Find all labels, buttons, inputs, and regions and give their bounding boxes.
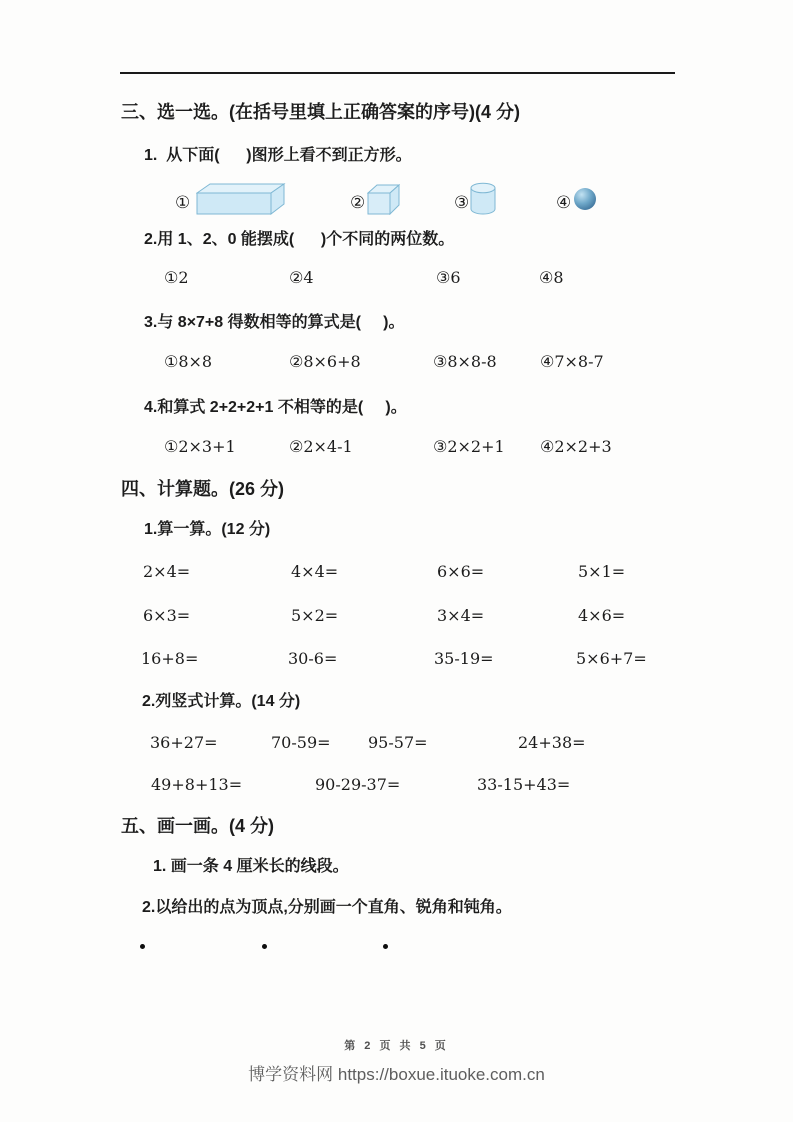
section3-heading: 三、选一选。(在括号里填上正确答案的序号)(4 分) [121,101,520,124]
vertical-calc-expression: 33-15+43= [477,775,570,795]
calc-expression: 3×4= [437,606,484,626]
s3-q4-option-4: ④2×2+3 [540,437,612,457]
s3-q2-option-4: ④8 [539,268,564,288]
sphere-icon [573,187,597,211]
cylinder-icon [470,182,496,216]
calc-expression: 16+8= [141,649,198,669]
calc-expression: 5×6+7= [576,649,647,669]
calc-expression: 4×6= [578,606,625,626]
calc-expression: 6×3= [143,606,190,626]
calc-expression: 4×4= [291,562,338,582]
cube-icon [367,184,400,215]
s5-q1-text: 1. 画一条 4 厘米长的线段。 [153,857,349,877]
s3-q4-option-3: ③2×2+1 [433,437,505,457]
vertical-calc-expression: 90-29-37= [315,775,400,795]
s4-sub1-title: 1.算一算。(12 分) [144,520,270,540]
shape1-circled-number: ① [175,193,190,214]
footer-site-text: 博学资料网 https://boxue.ituoke.com.cn [0,1064,793,1085]
cuboid-icon [196,183,286,216]
calc-expression: 6×6= [437,562,484,582]
s3-q1-text: 1. 从下面( )图形上看不到正方形。 [144,146,412,166]
vertical-calc-expression: 24+38= [518,733,586,753]
vertex-point-3 [383,944,388,949]
calc-expression: 2×4= [143,562,190,582]
shape2-circled-number: ② [350,193,365,214]
exam-page: 三、选一选。(在括号里填上正确答案的序号)(4 分) 1. 从下面( )图形上看… [0,0,793,1122]
page-indicator: 第 2 页 共 5 页 [0,1040,793,1054]
s3-q3-text: 3.与 8×7+8 得数相等的算式是( )。 [144,313,405,333]
s3-q2-text: 2.用 1、2、0 能摆成( )个不同的两位数。 [144,230,454,250]
s3-q2-option-1: ①2 [164,268,189,288]
calc-expression: 5×1= [578,562,625,582]
section4-heading: 四、计算题。(26 分) [121,478,284,501]
vertical-calc-expression: 95-57= [368,733,428,753]
vertical-calc-expression: 70-59= [271,733,331,753]
s3-q2-option-3: ③6 [436,268,461,288]
s3-q4-option-2: ②2×4-1 [289,437,353,457]
vertex-point-1 [140,944,145,949]
s3-q2-option-2: ②4 [289,268,314,288]
shape4-circled-number: ④ [556,193,571,214]
s4-sub2-title: 2.列竖式计算。(14 分) [142,692,300,712]
s3-q4-text: 4.和算式 2+2+2+1 不相等的是( )。 [144,398,407,418]
vertical-calc-expression: 49+8+13= [151,775,242,795]
s3-q3-option-3: ③8×8-8 [433,352,497,372]
s3-q3-option-4: ④7×8-7 [540,352,604,372]
vertex-point-2 [262,944,267,949]
calc-expression: 5×2= [291,606,338,626]
top-rule [120,72,675,74]
vertical-calc-expression: 36+27= [150,733,218,753]
s5-q2-text: 2.以给出的点为顶点,分别画一个直角、锐角和钝角。 [142,898,512,918]
s3-q4-option-1: ①2×3+1 [164,437,236,457]
s3-q3-option-2: ②8×6+8 [289,352,361,372]
shape3-circled-number: ③ [454,193,469,214]
section5-heading: 五、画一画。(4 分) [121,815,274,838]
calc-expression: 30-6= [288,649,337,669]
calc-expression: 35-19= [434,649,494,669]
s3-q3-option-1: ①8×8 [164,352,212,372]
